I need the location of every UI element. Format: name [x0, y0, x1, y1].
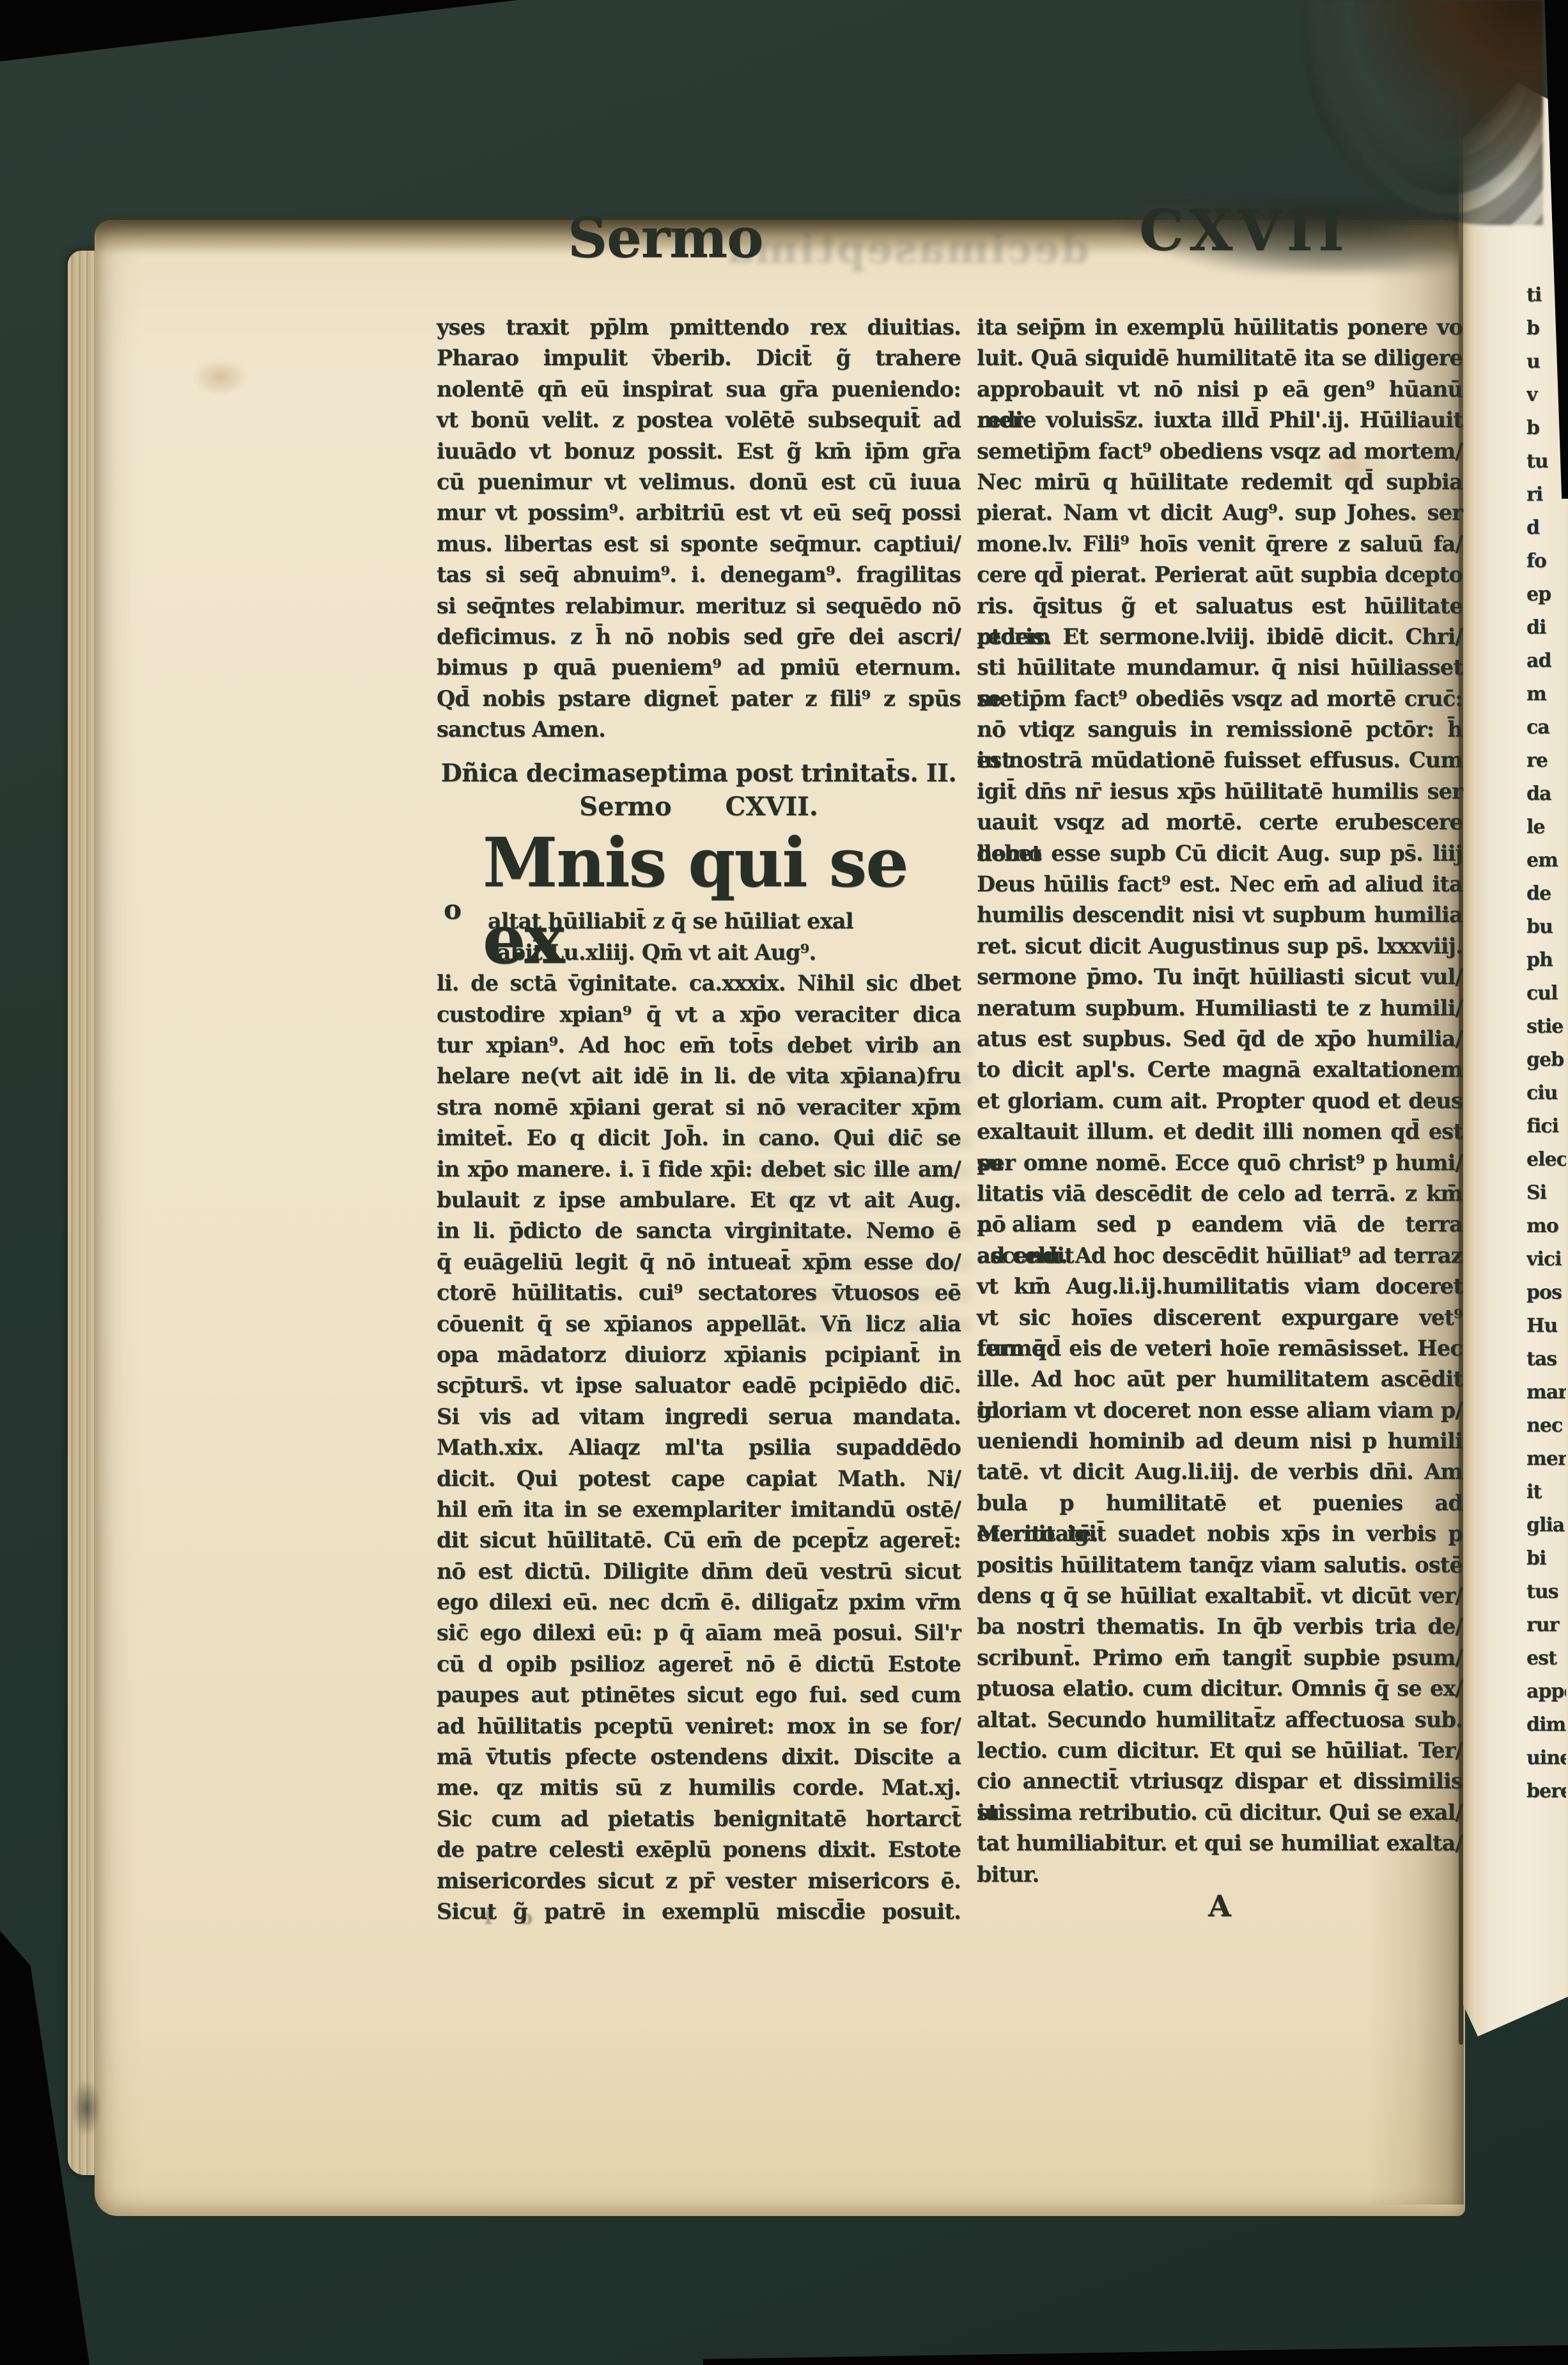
text-fragment: nec: [1526, 1409, 1566, 1442]
text-line: custodire xpian⁹ q̄ vt a xp̄o veraciter …: [437, 999, 961, 1030]
text-line: in li. p̄dicto de sancta virginitate. Ne…: [437, 1215, 961, 1246]
text-line: mus. libertas est si sponte seq̄mur. cap…: [437, 529, 961, 559]
text-fragment: dim: [1526, 1708, 1566, 1742]
incipit-display-line: Mnis qui se ex: [437, 824, 961, 906]
text-line: cere qd̄ pierat. Perierat aūt supbia dce…: [977, 559, 1463, 590]
text-fragment: mer: [1526, 1442, 1566, 1476]
right-text-column: ita seip̄m in exemplū hūilitatis ponere …: [977, 312, 1463, 1922]
text-fragment: bere: [1526, 1775, 1566, 1808]
text-line: luit. Quā siquidē humilitatē ita se dili…: [977, 343, 1463, 373]
text-line: sti hūilitate mundamur. q̄ nisi hūiliass…: [977, 652, 1463, 683]
text-fragment: elec: [1526, 1143, 1566, 1176]
text-fragment: re: [1526, 744, 1566, 777]
foxing-spot: [192, 358, 249, 396]
text-line: ad hūilitatis pceptū veniret: mox in se …: [437, 1711, 961, 1742]
text-line: ret. sicut dicit Augustinus sup ps̄. lxx…: [977, 931, 1463, 962]
text-line: si seq̄ntes relabimur. merituz si sequēd…: [437, 591, 961, 621]
text-fragment: mar: [1526, 1376, 1566, 1409]
text-line: li. de sctā v̄ginitate. ca.xxxix. Nihil …: [437, 968, 961, 999]
text-fragment: cul: [1526, 977, 1566, 1010]
text-fragment: pos: [1526, 1276, 1566, 1309]
text-fragment: ti: [1526, 279, 1566, 312]
text-line: mur vt possim⁹. arbitriū est vt eū seq̄ …: [437, 497, 961, 528]
text-fragment: stie: [1526, 1010, 1566, 1043]
text-fragment: geb: [1526, 1043, 1566, 1077]
text-line: ego dilexi eū. nec dcm̄ ē. diligat̄z pxi…: [437, 1587, 961, 1618]
text-line: metip̄m fact⁹ obediēs vsqz ad mortē cruc…: [977, 683, 1463, 714]
text-line: homo esse supb Cū dicit Aug. sup ps̄. li…: [977, 838, 1463, 869]
left-text-column: yses traxit pp̄lm pmittendo rex diuitias…: [437, 312, 961, 1927]
text-line: me. qz mitis sū z humilis corde. Mat.xj.: [437, 1772, 961, 1803]
text-line: hil em̄ ita in se exemplariter imitandū …: [437, 1494, 961, 1525]
text-line: in xp̄o manere. i. ī fide xp̄i: debet si…: [437, 1154, 961, 1185]
sermon-rubric-line: Dñica decimaseptima post trinitat̄s. II.: [437, 756, 961, 790]
text-line: et gloriam. cum ait. Propter quod et deu…: [977, 1086, 1463, 1116]
text-line: cū puenimur vt velimus. donū est cū iuua: [437, 467, 961, 497]
text-fragment: u: [1526, 345, 1566, 379]
text-line: to dicit apl's. Certe magnā exaltationem: [977, 1054, 1463, 1085]
text-line: tatē. vt dicit Aug.li.iij. de verbis dn̄…: [977, 1456, 1463, 1487]
text-line: Qd̄ nobis pstare dignet̄ pater z fili⁹ z…: [437, 683, 961, 714]
text-fragment: ciu: [1526, 1077, 1566, 1110]
text-fragment: b: [1526, 412, 1566, 445]
text-line: Merito igit̄ suadet nobis xp̄s in verbis…: [977, 1518, 1463, 1549]
text-line: per omne nomē. Ecce quō christ⁹ p humi/: [977, 1148, 1463, 1178]
text-line: de patre celesti exēplū ponens dixit. Es…: [437, 1834, 961, 1865]
text-line: yses traxit pp̄lm pmittendo rex diuitias…: [437, 312, 961, 343]
text-line: ptuosa elatio. cum dicitur. Omnis q̄ se …: [977, 1673, 1463, 1704]
text-line: atus est supbus. Sed q̄d de xp̄o humilia…: [977, 1024, 1463, 1054]
text-line: nō vtiqz sanguis in remissionē pctōr: h̄…: [977, 714, 1463, 745]
text-line: Math.xix. Aliaqz ml'ta psilia supaddēdo: [437, 1432, 961, 1463]
text-fragment: bu: [1526, 910, 1566, 944]
text-line: dens q q̄ se hūiliat exaltabit̄. vt dicū…: [977, 1581, 1463, 1611]
dropcap-guide-letter: o: [444, 894, 462, 925]
text-fragment: Si: [1526, 1176, 1566, 1210]
text-fragment: bi: [1526, 1542, 1566, 1575]
text-fragment: ep: [1526, 578, 1566, 611]
text-line: Sic cum ad pietatis benignitatē hortarct…: [437, 1804, 961, 1834]
text-line: humilis descendit nisi vt supbum humilia: [977, 900, 1463, 930]
text-fragment: est: [1526, 1642, 1566, 1675]
text-line: deficimus. z h̄ nō nobis sed gr̄e dei as…: [437, 621, 961, 652]
text-fragment: appe: [1526, 1675, 1566, 1708]
text-line: dit sicut hūilitatē. Cū em̄ de pcept̄z a…: [437, 1525, 961, 1556]
text-line: dicit. Qui potest cape capiat Math. Ni/: [437, 1463, 961, 1494]
text-line: cio annectit̄ vtriusqz dispar et dissimi…: [977, 1766, 1463, 1797]
text-fragment: b: [1526, 312, 1566, 345]
text-line: p aliam sed p eandem viā de terra ascend…: [977, 1209, 1463, 1240]
text-line: ctorē hūilitatis. cui⁹ sectatores v̄tuos…: [437, 1277, 961, 1308]
text-line: tur xpian⁹. Ad hoc em̄ tot̄s debet virib…: [437, 1030, 961, 1061]
text-line: imitet̄. Eo q dicit Joh̄. in cano. Qui d…: [437, 1123, 961, 1153]
text-line: Deus hūilis fact⁹ est. Nec em̄ ad aliud …: [977, 869, 1463, 900]
text-line: misericordes sicut z pr̄ vester miserico…: [437, 1866, 961, 1896]
text-line: nō est dictū. Diligite dn̄m deū vestrū s…: [437, 1556, 961, 1587]
text-fragment: ri: [1526, 478, 1566, 511]
text-line: cōuenit q̄ se xp̄ianos appellāt. Vn̄ lic…: [437, 1309, 961, 1339]
text-fragment: em: [1526, 844, 1566, 877]
folio-number: CXVII: [1139, 197, 1349, 263]
text-line: stra nomē xp̄iani gerat si nō veraciter …: [437, 1092, 961, 1123]
text-fragment: m: [1526, 678, 1566, 711]
text-line: igit̄ dn̄s nr̄ iesus xp̄s hūilitatē humi…: [977, 776, 1463, 807]
text-line: mā v̄tutis pfecte ostendens dixit. Disci…: [437, 1742, 961, 1772]
text-fragment: vici: [1526, 1243, 1566, 1276]
text-line: paupes aut ptinētes sicut ego fui. sed c…: [437, 1680, 961, 1710]
text-line: bitur.: [977, 1859, 1463, 1890]
text-line: sermone p̄mo. Tu inq̄t hūiliasti sicut v…: [977, 962, 1463, 992]
text-line: opa mādatorz diuiorz xp̄ianis pcipiant̄ …: [437, 1339, 961, 1370]
text-line: ita seip̄m in exemplū hūilitatis ponere …: [977, 312, 1463, 343]
text-line: gloriam vt doceret non esse aliam viam p…: [977, 1395, 1463, 1426]
scanned-book-photo: { "header": { "running_title": "Sermo", …: [0, 0, 1568, 2365]
text-fragment: Hu: [1526, 1309, 1566, 1343]
text-line: bula p humilitatē et puenies ad eternita…: [977, 1488, 1463, 1518]
running-title: Sermo: [568, 206, 763, 270]
text-fragment: rur: [1526, 1609, 1566, 1642]
text-line: pierat. Nam vt dicit Aug⁹. sup Johes. se…: [977, 497, 1463, 528]
sermon-body-left: li. de sctā v̄ginitate. ca.xxxix. Nihil …: [437, 968, 961, 1927]
text-line: Si vis ad vitam ingredi serua mandata.: [437, 1401, 961, 1432]
text-line: vt km̄ Aug.li.ij.humilitatis viam docere…: [977, 1271, 1463, 1302]
text-fragment: d: [1526, 511, 1566, 545]
ink-smudge: [72, 2079, 101, 2137]
text-fragment: da: [1526, 777, 1566, 811]
text-fragment: tus: [1526, 1575, 1566, 1609]
text-line: neratum supbum. Humiliasti te z humili/: [977, 993, 1463, 1024]
text-fragment: ad: [1526, 644, 1566, 678]
text-line: Nec mirū q hūilitate redemit qd̄ supbia: [977, 467, 1463, 497]
text-line: semetip̄m fact⁹ obediens vsqz ad mortem/: [977, 436, 1463, 467]
text-line: scp̄turs̄. vt ipse saluator eadē pcipiēd…: [437, 1370, 961, 1401]
text-line: sic̄ ego dilexi eū: p q̄ aīam meā posui.…: [437, 1618, 961, 1648]
text-line: bulauit z ipse ambulare. Et qz vt ait Au…: [437, 1185, 961, 1215]
incipit-indent-lines: altat hūiliabit̄ z q̄ se hūiliat exaltab…: [437, 906, 961, 968]
text-line: iuuādo vt bonuz possit. Est g̃ km̄ ip̄m …: [437, 436, 961, 467]
text-fragment: fo: [1526, 545, 1566, 578]
text-fragment: v: [1526, 379, 1566, 412]
text-line: helare ne(vt ait idē in li. de vita xp̄i…: [437, 1061, 961, 1091]
text-line: ptoris. Et sermone.lviij. ibidē dicit. C…: [977, 621, 1463, 652]
text-line: ad celū. Ad hoc descēdit hūiliat⁹ ad ter…: [977, 1240, 1463, 1271]
text-line: litatis viā descēdit de celo ad terrā. z…: [977, 1178, 1463, 1209]
text-fragment: glia: [1526, 1509, 1566, 1542]
text-line: uauit vsqz ad mortē. certe erubescere de…: [977, 807, 1463, 838]
text-fragment: fici: [1526, 1110, 1566, 1143]
facing-page-text-fragments: tibuvbturidfoepdiadmcaredaleemdebuphculs…: [1526, 279, 1566, 1941]
text-line: ris. q̄situs g̃ et saluatus est hūilitat…: [977, 591, 1463, 621]
text-fragment: di: [1526, 611, 1566, 644]
text-line: lectio. cum dicitur. Et qui se hūiliat. …: [977, 1735, 1463, 1766]
text-fragment: it: [1526, 1476, 1566, 1509]
text-line: tabit̄ Lu.xliij. Qm̄ vt ait Aug⁹.: [437, 937, 961, 968]
text-line: ueniendi hominib ad deum nisi p humili: [977, 1426, 1463, 1456]
text-line: tat humiliabitur. et qui se humiliat exa…: [977, 1828, 1463, 1859]
text-line: nolentē qn̄ eū inspirat sua gr̄a puenien…: [437, 374, 961, 405]
text-line: vt sic hoīes discerent expurgare vet⁹ fe…: [977, 1302, 1463, 1333]
text-line: q̄ euāgeliū legit q̄ nō intueat̄ xp̄m es…: [437, 1247, 961, 1277]
text-line: bimus p quā pueniem⁹ ad pmiū eternum.: [437, 652, 961, 683]
text-line: altat. Secundo humilitat̄z affectuosa su…: [977, 1705, 1463, 1735]
text-fragment: mo: [1526, 1210, 1566, 1243]
signature-mark-smudge: ſ o: [485, 1907, 543, 1929]
text-line: in nostrā mūdationē fuisset effusus. Cum: [977, 745, 1463, 776]
text-line: vt bonū velit. z postea volētē subsequit…: [437, 405, 961, 435]
text-fragment: le: [1526, 811, 1566, 844]
text-line: sanctus Amen.: [437, 714, 961, 745]
text-line: cū d opib psilioz ageret̄ nō ē dictū Est…: [437, 1649, 961, 1680]
text-fragment: tas: [1526, 1343, 1566, 1376]
text-fragment: de: [1526, 877, 1566, 910]
sermon-body-right: ita seip̄m in exemplū hūilitatis ponere …: [977, 312, 1463, 1890]
text-line: approbauit vt nō nisi p eā gen⁹ hūanū re…: [977, 374, 1463, 405]
sermon-number-line: Sermo CXVII.: [437, 790, 961, 824]
text-line: mone.lv. Fili⁹ hoīs venit q̄rere z saluū…: [977, 529, 1463, 559]
text-line: scribunt̄. Primo em̄ tangit̄ supbie psum…: [977, 1643, 1463, 1673]
text-line: exaltauit illum. et dedit illi nomen qd̄…: [977, 1116, 1463, 1147]
catchword-letter: A: [977, 1890, 1463, 1922]
text-line: ille. Ad hoc aūt per humilitatem ascēdit…: [977, 1364, 1463, 1394]
text-line: stissima retributio. cū dicitur. Qui se …: [977, 1797, 1463, 1828]
text-fragment: uine: [1526, 1742, 1566, 1775]
text-line: altat hūiliabit̄ z q̄ se hūiliat exal: [437, 906, 961, 937]
text-fragment: ph: [1526, 944, 1566, 977]
text-fragment: ca: [1526, 711, 1566, 744]
text-line: mere voluiss̄z. iuxta illd̄ Phil'.ij. Hū…: [977, 405, 1463, 435]
paragraph-end-of-previous-sermon: yses traxit pp̄lm pmittendo rex diuitias…: [437, 312, 961, 745]
text-line: positis hūilitatem tanq̄z viam salutis. …: [977, 1550, 1463, 1581]
text-line: tum qd̄ eis de veteri hoīe remāsisset. H…: [977, 1333, 1463, 1364]
text-line: Pharao impulit v̄berib. Dicit̄ g̃ traher…: [437, 343, 961, 373]
text-line: ba nostri thematis. In q̄b verbis tria d…: [977, 1611, 1463, 1642]
text-fragment: tu: [1526, 445, 1566, 478]
text-line: tas si seq̄ abnuim⁹. i. denegam⁹. fragil…: [437, 559, 961, 590]
